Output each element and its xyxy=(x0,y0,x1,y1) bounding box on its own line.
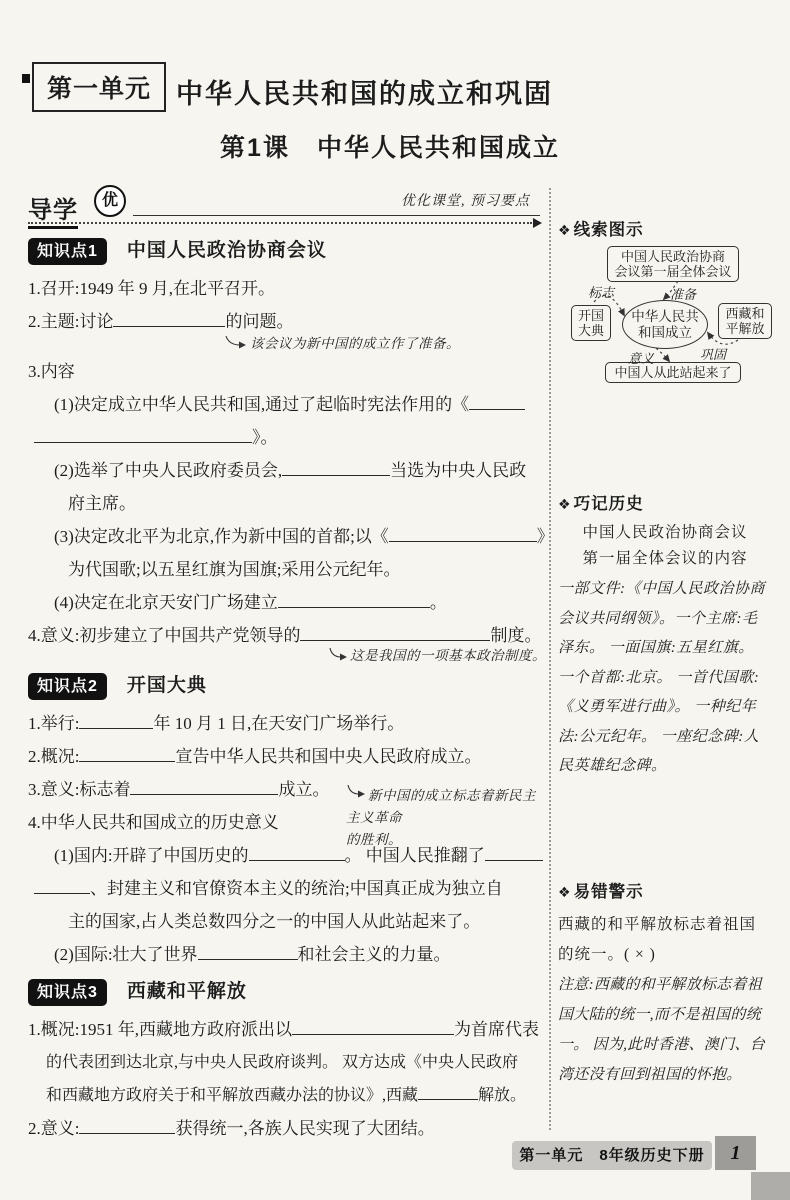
map-node-tibet: 西藏和 平解放 xyxy=(718,303,772,339)
kp1-line-7: (3)决定改北平为北京,作为新中国的首都;以《》 xyxy=(54,520,544,553)
text-run: 2.概况: xyxy=(28,747,79,766)
footer-corner-block xyxy=(751,1172,790,1200)
kp2-line-1: 2.概况:宣告中华人民共和国中央人民政府成立。 xyxy=(28,740,544,773)
kp2-title: 开国大典 xyxy=(127,671,207,701)
text-run: 3.内容 xyxy=(28,362,75,381)
text-run: 的代表团到达北京,与中央人民政府谈判。 双方达成《中央人民政府 xyxy=(46,1054,518,1071)
text-run: 解放。 xyxy=(478,1087,526,1104)
column-divider xyxy=(549,188,551,1130)
text-run: (1)国内:开辟了中国历史的 xyxy=(54,846,249,865)
unit-title: 中华人民共和国的成立和巩固 xyxy=(176,72,553,111)
blank-line xyxy=(34,878,90,894)
map-node-founding: 中华人民共 和国成立 xyxy=(622,300,708,349)
kp2-line-7: (2)国际:壮大了世界和社会主义的力量。 xyxy=(54,938,544,971)
text-run: 成立。 xyxy=(278,780,329,799)
text-run: 。 xyxy=(430,593,447,612)
unit-label: 第一单元 xyxy=(32,62,166,112)
kp1-title: 中国人民政治协商会议 xyxy=(127,236,327,266)
text-run: 和西藏地方政府关于和平解放西藏办法的协议》,西藏 xyxy=(46,1087,418,1104)
node-text: 中国人民政治协商 xyxy=(621,249,725,264)
blank-line xyxy=(418,1084,478,1100)
mnemonic-block: ❖巧记历史 中国人民政治协商会议 第一届全体会议的内容 一部文件:《中国人民政治… xyxy=(558,490,772,782)
text-run: 》。 xyxy=(252,428,278,447)
kp3-line-0: 1.概况:1951 年,西藏地方政府派出以为首席代表 xyxy=(28,1013,544,1046)
kp1-line-1: 2.主题:讨论的问题。 xyxy=(28,305,544,338)
text-run: (2)选举了中央人民政府委员会, xyxy=(54,461,282,480)
curve-arrow-icon xyxy=(224,335,248,349)
note-text: 新中国的成立标志着新民主主义革命 xyxy=(346,788,536,825)
node-text: 平解放 xyxy=(725,321,764,336)
node-text: 开国 xyxy=(578,308,604,323)
text-run: 3.意义:标志着 xyxy=(28,780,130,799)
mnemonic-items: 一部文件:《中国人民政治协商会议共同纲领》。一个主席:毛泽东。 一面国旗:五星红… xyxy=(558,575,772,782)
sidebar: ❖线索图示 中国人民政治协商 会议第一届全体会议 开国 大典 xyxy=(558,0,774,1200)
text-run: 、封建主义和官僚资本主义的统治;中国真正成为独立自 xyxy=(90,879,503,898)
kp1-line-3: (1)决定成立中华人民共和国,通过了起临时宪法作用的《 xyxy=(54,388,544,421)
warning-statement: 西藏的和平解放标志着祖国的统一。( × ) xyxy=(558,910,772,970)
brand-rule-line xyxy=(133,215,540,216)
kp1-line-8: 为代国歌;以五星红旗为国旗;采用公元纪年。 xyxy=(68,553,544,586)
diamond-icon: ❖ xyxy=(558,222,572,238)
blank-line xyxy=(300,625,490,641)
clue-diagram: 中国人民政治协商 会议第一届全体会议 开国 大典 中华人民共 和国成立 西藏和 … xyxy=(558,244,774,396)
blank-line xyxy=(292,1019,454,1035)
text-run: 宣告中华人民共和国中央人民政府成立。 xyxy=(175,747,481,766)
text-run: 当选为中央人民政 xyxy=(390,461,526,480)
text-run: 4.意义:初步建立了中国共产党领导的 xyxy=(28,626,300,645)
kp3-title: 西藏和平解放 xyxy=(127,977,247,1007)
text-run: (2)国际:壮大了世界 xyxy=(54,945,198,964)
kp1-heading: 知识点1 中国人民政治协商会议 xyxy=(28,236,544,266)
text-run: (1)决定成立中华人民共和国,通过了起临时宪法作用的《 xyxy=(54,395,469,414)
blank-line xyxy=(389,526,537,542)
kp2-badge: 知识点2 xyxy=(28,673,107,700)
warning-note: 注意:西藏的和平解放标志着祖国大陆的统一,而不是祖国的统一。 因为,此时香港、澳… xyxy=(558,970,772,1090)
text-run: 主的国家,占人类总数四分之一的中国人从此站起来了。 xyxy=(68,912,480,931)
heading-text: 巧记历史 xyxy=(574,495,644,513)
curve-arrow-icon xyxy=(346,785,366,798)
map-label-biaozhi: 标志 xyxy=(588,282,614,301)
note-text: 该会议为新中国的成立作了准备。 xyxy=(250,336,460,351)
heading-text: 易错警示 xyxy=(574,883,644,901)
kp1-note-2: 这是我国的一项基本政治制度。 xyxy=(328,648,544,665)
node-text: 会议第一届全体会议 xyxy=(614,264,731,279)
kp2-note-wrapper: 3.意义:标志着成立。 新中国的成立标志着新民主主义革命的胜利。 4.中华人民共… xyxy=(28,773,544,839)
brand-tagline: 优化课堂, 预习要点 xyxy=(401,190,530,210)
text-run: 和社会主义的力量。 xyxy=(298,945,451,964)
text-run: 1.概况:1951 年,西藏地方政府派出以 xyxy=(28,1020,292,1039)
mnemonic-subtitle-2: 第一届全体会议的内容 xyxy=(558,546,772,572)
text-run: 为首席代表 xyxy=(454,1020,539,1039)
node-text: 大典 xyxy=(578,323,604,338)
text-run: 1.召开:1949 年 9 月,在北平召开。 xyxy=(28,279,275,298)
diamond-icon: ❖ xyxy=(558,496,572,512)
blank-line xyxy=(79,746,175,762)
text-run: 1.举行: xyxy=(28,714,79,733)
kp3-heading: 知识点3 西藏和平解放 xyxy=(28,977,544,1007)
text-run: (4)决定在北京天安门广场建立 xyxy=(54,593,278,612)
warning-heading: ❖易错警示 xyxy=(558,878,772,902)
workbook-page: 第一单元 中华人民共和国的成立和巩固 第1课 中华人民共和国成立 导学 优 优化… xyxy=(0,0,790,1200)
text-run: 制度。 xyxy=(490,626,541,645)
main-column: 知识点1 中国人民政治协商会议 1.召开:1949 年 9 月,在北平召开。 2… xyxy=(28,230,544,1145)
note-text: 这是我国的一项基本政治制度。 xyxy=(350,648,546,663)
kp3-line-1: 的代表团到达北京,与中央人民政府谈判。 双方达成《中央人民政府 xyxy=(46,1046,544,1079)
kp2-heading: 知识点2 开国大典 xyxy=(28,671,544,701)
unit-square-mark xyxy=(22,74,30,83)
text-run: 》 xyxy=(537,527,554,546)
text-run: 年 10 月 1 日,在天安门广场举行。 xyxy=(153,714,404,733)
warning-block: ❖易错警示 西藏的和平解放标志着祖国的统一。( × ) 注意:西藏的和平解放标志… xyxy=(558,878,772,1090)
blank-line xyxy=(130,779,278,795)
arrow-right-icon xyxy=(533,218,542,228)
kp2-line-5: 、封建主义和官僚资本主义的统治;中国真正成为独立自 xyxy=(34,872,544,905)
text-run: (3)决定改北平为北京,作为新中国的首都;以《 xyxy=(54,527,389,546)
map-node-ceremony: 开国 大典 xyxy=(571,305,611,341)
kp2-line-0: 1.举行:年 10 月 1 日,在天安门广场举行。 xyxy=(28,707,544,740)
kp1-line-5: (2)选举了中央人民政府委员会,当选为中央人民政 xyxy=(54,454,544,487)
mnemonic-subtitle-1: 中国人民政治协商会议 xyxy=(558,520,772,546)
kp1-badge: 知识点1 xyxy=(28,238,107,265)
text-run: 的问题。 xyxy=(225,312,293,331)
map-node-stood-up: 中国人从此站起来了 xyxy=(605,362,741,383)
blank-line xyxy=(469,394,525,410)
kp3-badge: 知识点3 xyxy=(28,979,107,1006)
footer-page-number: 1 xyxy=(715,1136,756,1170)
brand-row: 导学 优 优化课堂, 预习要点 xyxy=(28,188,540,230)
text-run: 2.主题:讨论 xyxy=(28,312,113,331)
map-heading: ❖线索图示 xyxy=(558,216,644,240)
diamond-icon: ❖ xyxy=(558,884,572,900)
map-label-yiyi: 意义 xyxy=(628,348,654,367)
node-text: 中华人民共 xyxy=(623,309,707,325)
kp2-note-3: 新中国的成立标志着新民主主义革命的胜利。 xyxy=(346,785,546,851)
map-label-gonggu: 巩固 xyxy=(700,344,726,363)
kp1-line-4: 》。 xyxy=(34,421,544,454)
heading-text: 线索图示 xyxy=(574,221,644,239)
kp3-line-2: 和西藏地方政府关于和平解放西藏办法的协议》,西藏解放。 xyxy=(46,1079,544,1112)
blank-line xyxy=(278,592,430,608)
map-node-congress: 中国人民政治协商 会议第一届全体会议 xyxy=(607,246,739,282)
kp1-line-2: 3.内容 xyxy=(28,355,544,388)
blank-line xyxy=(34,427,252,443)
blank-line xyxy=(79,1118,175,1134)
kp2-line-6: 主的国家,占人类总数四分之一的中国人从此站起来了。 xyxy=(68,905,544,938)
brand-dotted-line xyxy=(28,222,532,224)
footer-unit-label: 第一单元 8年级历史下册 xyxy=(512,1141,712,1170)
blank-line xyxy=(113,311,225,327)
text-run: 获得统一,各族人民实现了大团结。 xyxy=(175,1119,434,1138)
node-text: 和国成立 xyxy=(623,325,707,341)
text-run: 4.中华人民共和国成立的历史意义 xyxy=(28,813,279,832)
blank-line xyxy=(79,713,153,729)
brand-logo-badge-icon: 优 xyxy=(94,185,126,217)
text-run: 为代国歌;以五星红旗为国旗;采用公元纪年。 xyxy=(68,560,400,579)
text-run: 2.意义: xyxy=(28,1119,79,1138)
kp3-line-3: 2.意义:获得统一,各族人民实现了大团结。 xyxy=(28,1112,544,1145)
node-text: 中国人从此站起来了 xyxy=(614,365,731,380)
text-run: 府主席。 xyxy=(68,494,136,513)
note-text: 的胜利。 xyxy=(346,832,402,847)
blank-line xyxy=(249,845,345,861)
mnemonic-heading: ❖巧记历史 xyxy=(558,490,772,514)
curve-arrow-icon xyxy=(328,648,348,661)
blank-line xyxy=(198,944,298,960)
kp1-line-6: 府主席。 xyxy=(68,487,544,520)
node-text: 西藏和 xyxy=(725,306,764,321)
kp1-note-1: 该会议为新中国的成立作了准备。 xyxy=(224,335,544,355)
blank-line xyxy=(282,460,390,476)
kp1-line-9: (4)决定在北京天安门广场建立。 xyxy=(54,586,544,619)
kp1-line-0: 1.召开:1949 年 9 月,在北平召开。 xyxy=(28,272,544,305)
map-label-zhunbei: 准备 xyxy=(670,284,696,303)
